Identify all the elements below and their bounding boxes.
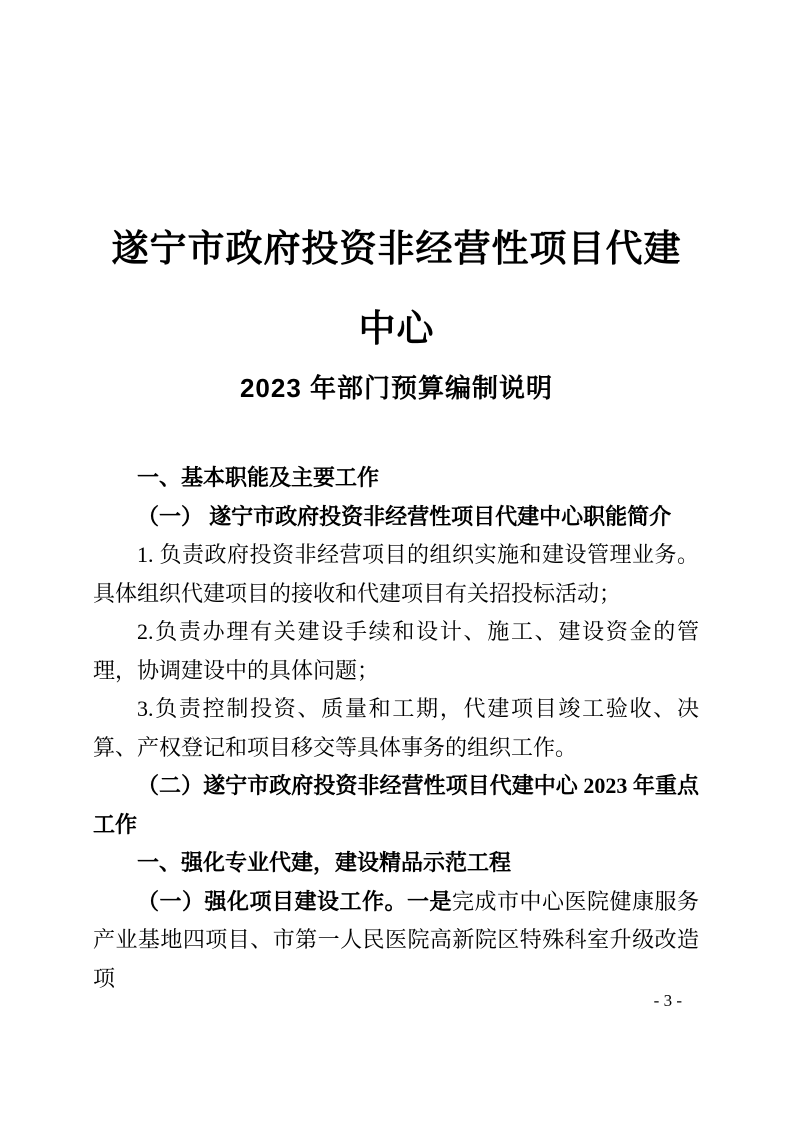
document-title: 遂宁市政府投资非经营性项目代建 中心: [0, 228, 793, 352]
section-heading-strengthen-agency-construction: 一、强化专业代建，建设精品示范工程: [93, 844, 699, 883]
document-subtitle: 2023 年部门预算编制说明: [0, 372, 793, 404]
page-number: - 3 -: [654, 991, 682, 1011]
document-page: 遂宁市政府投资非经营性项目代建 中心 2023 年部门预算编制说明 一、基本职能…: [0, 0, 793, 1122]
paragraph-project-construction: （一）强化项目建设工作。一是完成市中心医院健康服务产业基地四项目、市第一人民医院…: [93, 883, 699, 999]
document-title-line-2: 中心: [0, 308, 793, 352]
document-title-line-1: 遂宁市政府投资非经营性项目代建: [0, 228, 793, 272]
paragraph-duty-3: 3.负责控制投资、质量和工期，代建项目竣工验收、决算、产权登记和项目移交等具体事…: [93, 690, 699, 767]
paragraph-project-construction-lead: （一）强化项目建设工作。一是: [137, 889, 452, 914]
document-body: 一、基本职能及主要工作 （一） 遂宁市政府投资非经营性项目代建中心职能简介 1.…: [93, 459, 699, 998]
paragraph-duty-2: 2.负责办理有关建设手续和设计、施工、建设资金的管理，协调建设中的具体问题；: [93, 613, 699, 690]
paragraph-duty-1: 1. 负责政府投资非经营项目的组织实施和建设管理业务。具体组织代建项目的接收和代…: [93, 536, 699, 613]
subsection-heading-center-intro: （一） 遂宁市政府投资非经营性项目代建中心职能简介: [93, 498, 699, 537]
subsection-heading-2023-key-work: （二）遂宁市政府投资非经营性项目代建中心 2023 年重点工作: [93, 767, 699, 844]
section-heading-basic-functions: 一、基本职能及主要工作: [93, 459, 699, 498]
